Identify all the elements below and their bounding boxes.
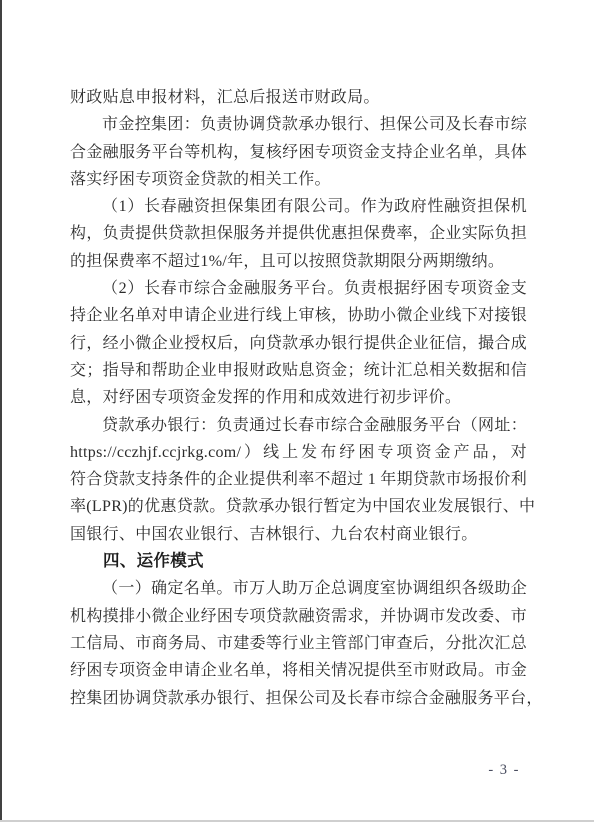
body-line: 行，经小微企业授权后，向贷款承办银行提供企业征信，撮合成 bbox=[70, 330, 527, 357]
body-line: 市金控集团：负责协调贷款承办银行、担保公司及长春市综 bbox=[70, 111, 527, 138]
body-line: 合金融服务平台等机构，复核纾困专项资金支持企业名单，具体 bbox=[70, 139, 527, 166]
document-page: 财政贴息申报材料，汇总后报送市财政局。 市金控集团：负责协调贷款承办银行、担保公… bbox=[0, 0, 594, 822]
page-number: - 3 - bbox=[488, 762, 520, 779]
body-line: 持企业名单对申请企业进行线上审核，协助小微企业线下对接银 bbox=[70, 302, 527, 329]
body-line: （一）确定名单。市万人助万企总调度室协调组织各级助企 bbox=[70, 575, 527, 602]
body-line: 构，负责提供贷款担保服务并提供优惠担保费率，企业实际负担 bbox=[70, 220, 527, 247]
section-heading: 四、运作模式 bbox=[70, 548, 527, 575]
scan-edge-line bbox=[0, 0, 2, 822]
body-line: 工信局、市商务局、市建委等行业主管部门审查后，分批次汇总 bbox=[70, 630, 527, 657]
body-line: 贷款承办银行：负责通过长春市综合金融服务平台（网址： bbox=[70, 412, 527, 439]
body-line: 落实纾困专项资金贷款的相关工作。 bbox=[70, 166, 527, 193]
body-line: 息，对纾困专项资金发挥的作用和成效进行初步评价。 bbox=[70, 384, 527, 411]
body-line: 控集团协调贷款承办银行、担保公司及长春市综合金融服务平台， bbox=[70, 685, 527, 712]
body-line-url: https://cczhjf.ccjrkg.com/）线上发布纾困专项资金产品，… bbox=[70, 439, 527, 466]
body-line: 机构摸排小微企业纾困专项贷款融资需求，并协调市发改委、市 bbox=[70, 603, 527, 630]
document-body: 财政贴息申报材料，汇总后报送市财政局。 市金控集团：负责协调贷款承办银行、担保公… bbox=[70, 84, 527, 712]
body-line: 符合贷款支持条件的企业提供利率不超过 1 年期贷款市场报价利 bbox=[70, 466, 527, 493]
body-line: 交；指导和帮助企业申报财政贴息资金；统计汇总相关数据和信 bbox=[70, 357, 527, 384]
body-line: （1）长春融资担保集团有限公司。作为政府性融资担保机 bbox=[70, 193, 527, 220]
body-line: （2）长春市综合金融服务平台。负责根据纾困专项资金支 bbox=[70, 275, 527, 302]
body-line: 率(LPR)的优惠贷款。贷款承办银行暂定为中国农业发展银行、中 bbox=[70, 493, 527, 520]
body-line: 的担保费率不超过1%/年，且可以按照贷款期限分两期缴纳。 bbox=[70, 248, 527, 275]
body-line: 国银行、中国农业银行、吉林银行、九台农村商业银行。 bbox=[70, 521, 527, 548]
body-line: 财政贴息申报材料，汇总后报送市财政局。 bbox=[70, 84, 527, 111]
body-line: 纾困专项资金申请企业名单，将相关情况提供至市财政局。市金 bbox=[70, 657, 527, 684]
